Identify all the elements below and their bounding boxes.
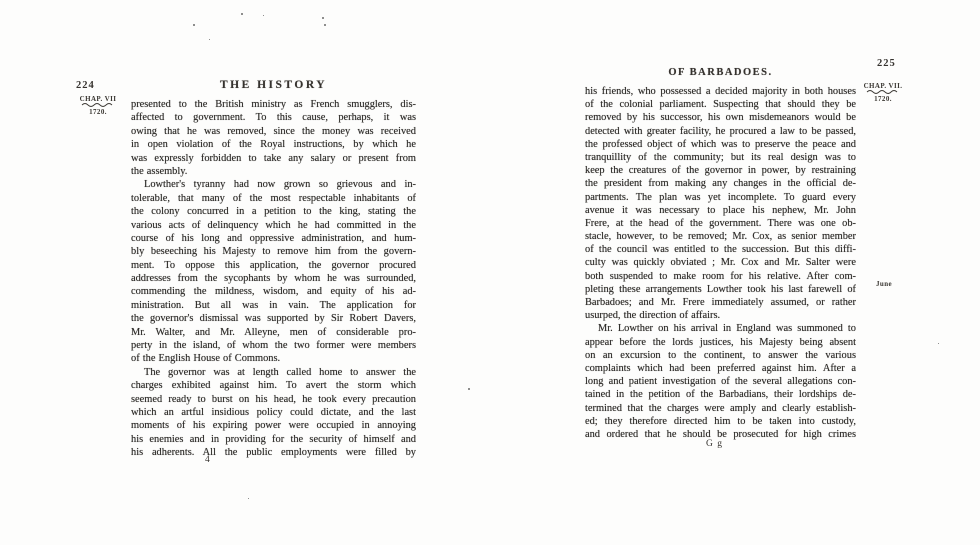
ink-speck (324, 24, 326, 26)
left-running-header: THE HISTORY (131, 79, 416, 91)
text-line: course of his long and oppressive admini… (131, 232, 416, 245)
text-line: charges exhibited against him. To avert … (131, 379, 416, 392)
text-line: ed; they therefore directed him to be ta… (585, 415, 856, 428)
text-line: tained in the petition of the Barbadians… (585, 388, 856, 401)
text-line: Lowther's tyranny had now grown so griev… (131, 178, 416, 191)
ink-speck (322, 17, 324, 19)
right-year-label: 1720. (855, 95, 911, 103)
text-line: removed by his successor, his own misdem… (585, 111, 856, 124)
text-line: his enemies and in providing for the sec… (131, 433, 416, 446)
ink-speck (248, 498, 249, 499)
text-line: which an artful insidious policy could d… (131, 406, 416, 419)
ink-speck (209, 39, 210, 40)
book-spread-scan: 224 THE HISTORY CHAP. VII 1720. presente… (0, 0, 980, 545)
ink-speck (938, 343, 939, 344)
right-running-header: OF BARBADOES. (585, 67, 856, 78)
text-line: commending the mildness, wisdom, and equ… (131, 285, 416, 298)
text-line: complaints which had been preferred agai… (585, 362, 856, 375)
text-line: the colony concurred in a petition to th… (131, 205, 416, 218)
text-line: various acts of delinquency which he had… (131, 219, 416, 232)
text-line: of the council was entitled to the succe… (585, 243, 856, 256)
text-line: presented to the British ministry as Fre… (131, 98, 416, 111)
text-line: affected to government. To this cause, p… (131, 111, 416, 124)
text-line: the president from making any changes in… (585, 177, 856, 190)
text-line: pleting these arrangements Lowther took … (585, 283, 856, 296)
text-line: was expressly forbidden to take any sala… (131, 152, 416, 165)
left-year-label: 1720. (70, 108, 126, 116)
ink-speck (241, 13, 243, 15)
left-margin-note: CHAP. VII 1720. (70, 95, 126, 116)
text-line: ministration. But all was in vain. The a… (131, 299, 416, 312)
text-line: bly beseeching his Majesty to remove him… (131, 245, 416, 258)
text-line: addresses from the sycophants by whom he… (131, 272, 416, 285)
text-line: stacle, however, to be removed; Mr. Cox,… (585, 230, 856, 243)
text-line: The governor was at length called home t… (131, 366, 416, 379)
text-line: seemed ready to burst on his head, he to… (131, 393, 416, 406)
text-line: both suspended to make room for his rela… (585, 270, 856, 283)
left-chapter-label: CHAP. VII (70, 95, 126, 103)
text-line: his friends, who possessed a decided maj… (585, 85, 856, 98)
left-page-number: 224 (76, 80, 95, 91)
left-signature-mark: 4 (205, 455, 211, 465)
text-line: the professed object of which was to pre… (585, 138, 856, 151)
ink-speck (468, 388, 470, 390)
text-line: on an excursion to the continent, to ans… (585, 349, 856, 362)
text-line: owing that he was removed, since the mon… (131, 125, 416, 138)
text-line: his adherents. All the public employment… (131, 446, 416, 459)
text-line: keep the creatures of the governor in po… (585, 164, 856, 177)
right-chapter-label: CHAP. VII. (855, 82, 911, 90)
text-line: long and patient investigation of the se… (585, 375, 856, 388)
text-line: of the colonial parliament. Suspecting t… (585, 98, 856, 111)
text-line: the governor's dismissal was supported b… (131, 312, 416, 325)
text-line: culty was quickly obviated ; Mr. Cox and… (585, 256, 856, 269)
text-line: of the English House of Commons. (131, 352, 416, 365)
text-line: perty in the island, of whom the two for… (131, 339, 416, 352)
text-line: partments. The plan was yet incomplete. … (585, 191, 856, 204)
text-line: avenue it was necessary to place his nep… (585, 204, 856, 217)
text-line: Barbadoes; and Mr. Frere immediately ass… (585, 296, 856, 309)
ink-speck (193, 24, 195, 26)
text-line: termined that the charges were amply and… (585, 402, 856, 415)
text-line: the assembly. (131, 165, 416, 178)
right-margin-note: CHAP. VII. 1720. (855, 82, 911, 103)
right-signature-mark: G g (706, 439, 723, 449)
right-body-text: his friends, who possessed a decided maj… (585, 85, 856, 441)
right-page-number: 225 (877, 58, 896, 69)
text-line: moments of his expiring power were occup… (131, 419, 416, 432)
left-body-text: presented to the British ministry as Fre… (131, 98, 416, 460)
text-line: detected with greater facility, he procu… (585, 125, 856, 138)
text-line: appear before the lords justices, his Ma… (585, 336, 856, 349)
ink-speck (263, 15, 264, 16)
text-line: usurped, the direction of affairs. (585, 309, 856, 322)
text-line: Mr. Lowther on his arrival in England wa… (585, 322, 856, 335)
text-line: Frere, at the head of the government. Th… (585, 217, 856, 230)
text-line: tolerable, that many of the most respect… (131, 192, 416, 205)
text-line: ment. To oppose this application, the go… (131, 259, 416, 272)
text-line: Mr. Walter, and Mr. Alleyne, men of cons… (131, 326, 416, 339)
june-margin-note: June (876, 280, 892, 288)
text-line: tranquillity of the community; but its r… (585, 151, 856, 164)
text-line: in open violation of the Royal instructi… (131, 138, 416, 151)
